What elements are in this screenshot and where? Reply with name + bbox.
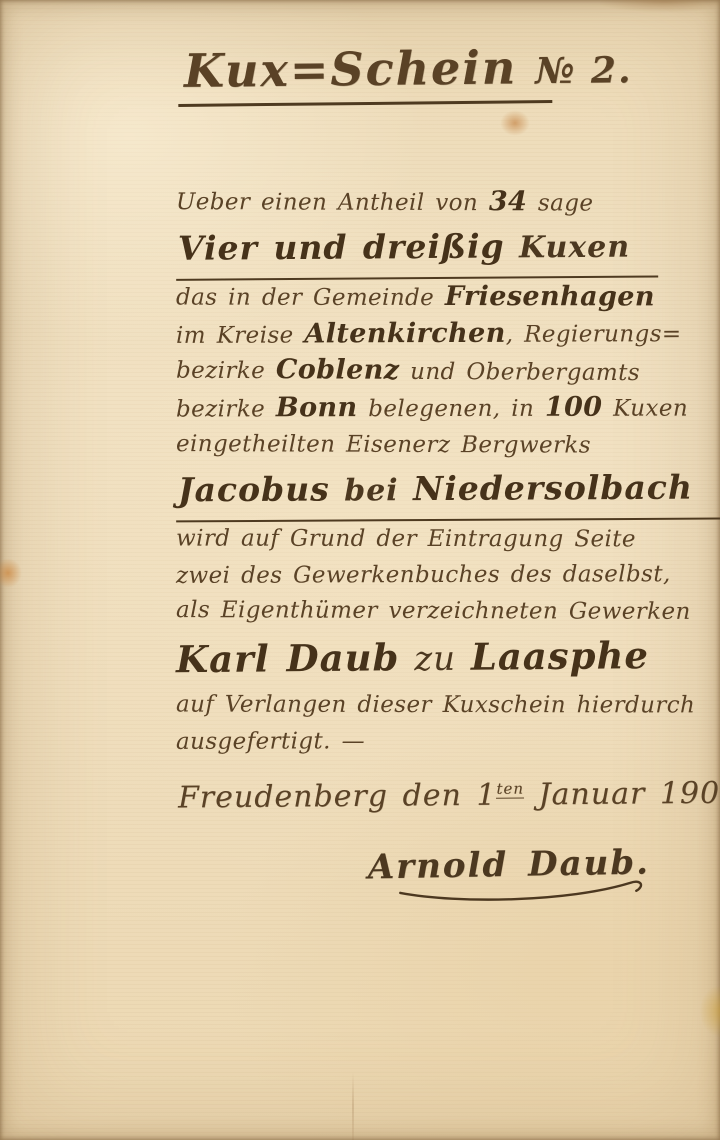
fold-crease [352, 1072, 354, 1140]
manuscript-text: ausgefertigt. — [176, 728, 365, 755]
title-number: № 2. [535, 49, 633, 92]
manuscript-line: eingetheilten Eisenerz Bergwerks [176, 426, 696, 464]
manuscript-line: als Eigenthümer verzeichneten Gewerken [176, 592, 696, 630]
manuscript-line: zwei des Gewerkenbuches des daselbst, [176, 556, 696, 594]
manuscript-text: auf Verlangen dieser Kuxschein hierdurch [176, 692, 695, 719]
manuscript-text: Kuxen [602, 396, 688, 422]
manuscript-text: zu [399, 639, 471, 680]
manuscript-text: Ueber einen Antheil von [176, 189, 489, 216]
title-text: Kux=Schein [184, 40, 536, 98]
manuscript-text: belegenen, in [358, 396, 545, 422]
manuscript-text: im Kreise [176, 322, 304, 348]
emphasized-text: Bonn [276, 392, 358, 423]
date-suffix: Januar 1900. [524, 776, 720, 813]
manuscript-line: auf Verlangen dieser Kuxschein hierdurch [176, 687, 696, 724]
manuscript-text: und Oberbergamts [399, 359, 640, 386]
document-page: Kux=Schein № 2. Ueber einen Antheil von … [0, 0, 720, 1140]
top-edge-discoloration [600, 0, 720, 12]
place-date-line: Freudenberg den 1ten Januar 1900. [178, 776, 720, 816]
manuscript-line: bezirke Bonn belegenen, in 100 Kuxen [176, 390, 696, 428]
manuscript-text: zwei des Gewerkenbuches des daselbst, [176, 561, 671, 589]
manuscript-line: bezirke Coblenz und Oberbergamts [176, 352, 696, 392]
emphasized-text: Friesenhagen [445, 281, 655, 312]
paper-stain [0, 558, 22, 588]
manuscript-text: das in der Gemeinde [176, 285, 445, 311]
manuscript-text: als Eigenthümer verzeichneten Gewerken [176, 597, 691, 625]
signature-block: Arnold Daub. [367, 843, 650, 908]
underlined-phrase: Vier und dreißig Kuxen [176, 219, 659, 280]
emphasized-text: 34 [489, 186, 527, 217]
manuscript-text: bezirke [176, 358, 276, 385]
signature-name: Arnold Daub. [367, 843, 650, 888]
manuscript-line: Ueber einen Antheil von 34 sage [176, 183, 696, 222]
manuscript-line: das in der Gemeinde Friesenhagen [176, 279, 696, 317]
manuscript-line: ausgefertigt. — [176, 722, 696, 760]
manuscript-text: bezirke [176, 396, 276, 422]
underlined-phrase: Jacobus bei Niedersolbach [176, 462, 720, 523]
emphasized-text: Karl Daub [176, 635, 400, 681]
emphasized-text: Coblenz [276, 354, 400, 386]
emphasized-text: Vier und dreißig [178, 227, 505, 268]
manuscript-line: Vier und dreißig Kuxen [176, 219, 696, 281]
document-title: Kux=Schein № 2. [178, 40, 553, 107]
date-ordinal-superscript: ten [496, 779, 524, 798]
emphasized-text: Altenkirchen [304, 318, 505, 350]
manuscript-text: , Regierungs= [506, 321, 682, 348]
emphasized-text: Niedersolbach [413, 468, 693, 508]
emphasized-text: Jacobus [178, 470, 330, 510]
manuscript-text: sage [527, 190, 593, 216]
date-prefix: Freudenberg den 1 [178, 778, 497, 816]
emphasized-text: Laasphe [471, 633, 649, 679]
manuscript-line: Karl Daub zu Laasphe [176, 627, 696, 690]
manuscript-line: wird auf Grund der Eintragung Seite [176, 521, 696, 558]
emphasized-text: 100 [545, 392, 603, 423]
manuscript-text: wird auf Grund der Eintragung Seite [176, 526, 636, 553]
manuscript-text: bei [330, 473, 414, 508]
manuscript-line: im Kreise Altenkirchen, Regierungs= [176, 315, 696, 354]
manuscript-line: Jacobus bei Niedersolbach [176, 462, 696, 523]
manuscript-text: eingetheilten Eisenerz Bergwerks [176, 431, 591, 458]
manuscript-body: Ueber einen Antheil von 34 sageVier und … [176, 184, 696, 759]
ink-stain [500, 110, 530, 136]
manuscript-text: Kuxen [505, 230, 631, 266]
paper-stain [700, 985, 720, 1037]
